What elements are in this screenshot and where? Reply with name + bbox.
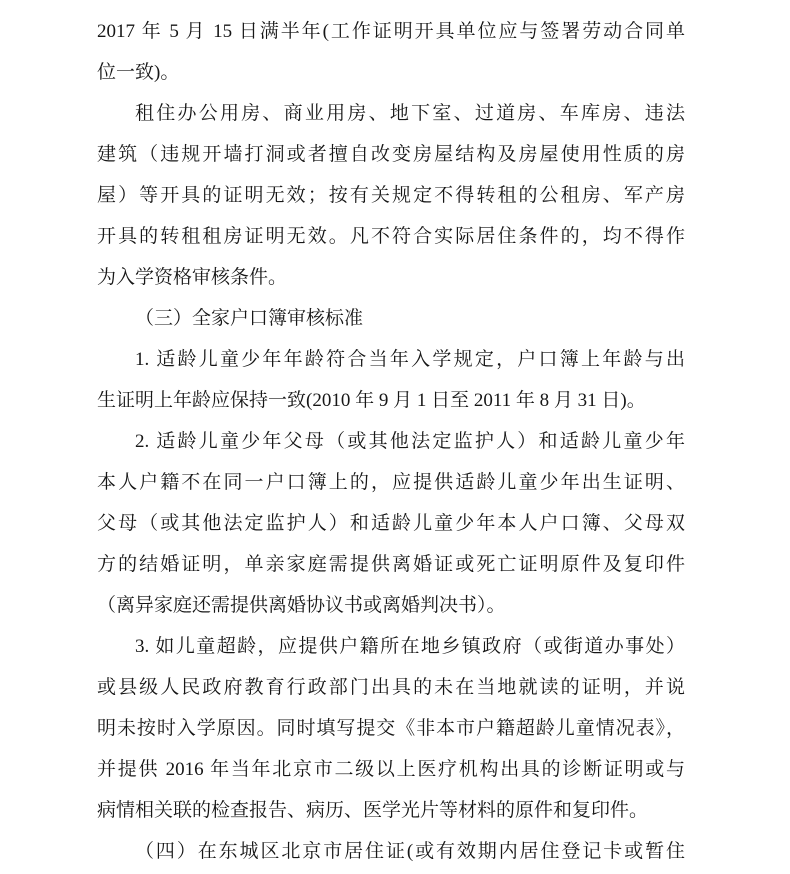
text-line: 明未按时入学原因。同时填写提交《非本市户籍超龄儿童情况表》， [97,708,685,749]
text-line: 2017 年 5 月 15 日满半年(工作证明开具单位应与签署劳动合同单 [97,11,685,52]
document-text: 2017 年 5 月 15 日满半年(工作证明开具单位应与签署劳动合同单位一致)… [97,11,685,872]
text-line: （四）在东城区北京市居住证(或有效期内居住登记卡或暂住 [97,831,685,872]
text-line: 方的结婚证明，单亲家庭需提供离婚证或死亡证明原件及复印件 [97,544,685,585]
text-line: 或县级人民政府教育行政部门出具的未在当地就读的证明，并说 [97,667,685,708]
text-line: 3. 如儿童超龄，应提供户籍所在地乡镇政府（或街道办事处） [97,626,685,667]
text-line: 病情相关联的检查报告、病历、医学光片等材料的原件和复印件。 [97,790,685,831]
text-line: 生证明上年龄应保持一致(2010 年 9 月 1 日至 2011 年 8 月 3… [97,380,685,421]
text-line: 父母（或其他法定监护人）和适龄儿童少年本人户口簿、父母双 [97,503,685,544]
text-line: 1. 适龄儿童少年年龄符合当年入学规定，户口簿上年龄与出 [97,339,685,380]
text-line: 并提供 2016 年当年北京市二级以上医疗机构出具的诊断证明或与 [97,749,685,790]
text-line: 2. 适龄儿童少年父母（或其他法定监护人）和适龄儿童少年 [97,421,685,462]
text-line: 建筑（违规开墙打洞或者擅自改变房屋结构及房屋使用性质的房 [97,134,685,175]
text-line: 位一致)。 [97,52,685,93]
text-line: （离异家庭还需提供离婚协议书或离婚判决书）。 [97,585,685,626]
text-line: 屋）等开具的证明无效；按有关规定不得转租的公租房、军产房 [97,175,685,216]
text-line: 本人户籍不在同一户口簿上的，应提供适龄儿童少年出生证明、 [97,462,685,503]
text-line: 租住办公用房、商业用房、地下室、过道房、车库房、违法 [97,93,685,134]
text-line: 为入学资格审核条件。 [97,257,685,298]
document-page: 2017 年 5 月 15 日满半年(工作证明开具单位应与签署劳动合同单位一致)… [0,0,790,874]
text-line: （三）全家户口簿审核标准 [97,298,685,339]
text-line: 开具的转租租房证明无效。凡不符合实际居住条件的，均不得作 [97,216,685,257]
